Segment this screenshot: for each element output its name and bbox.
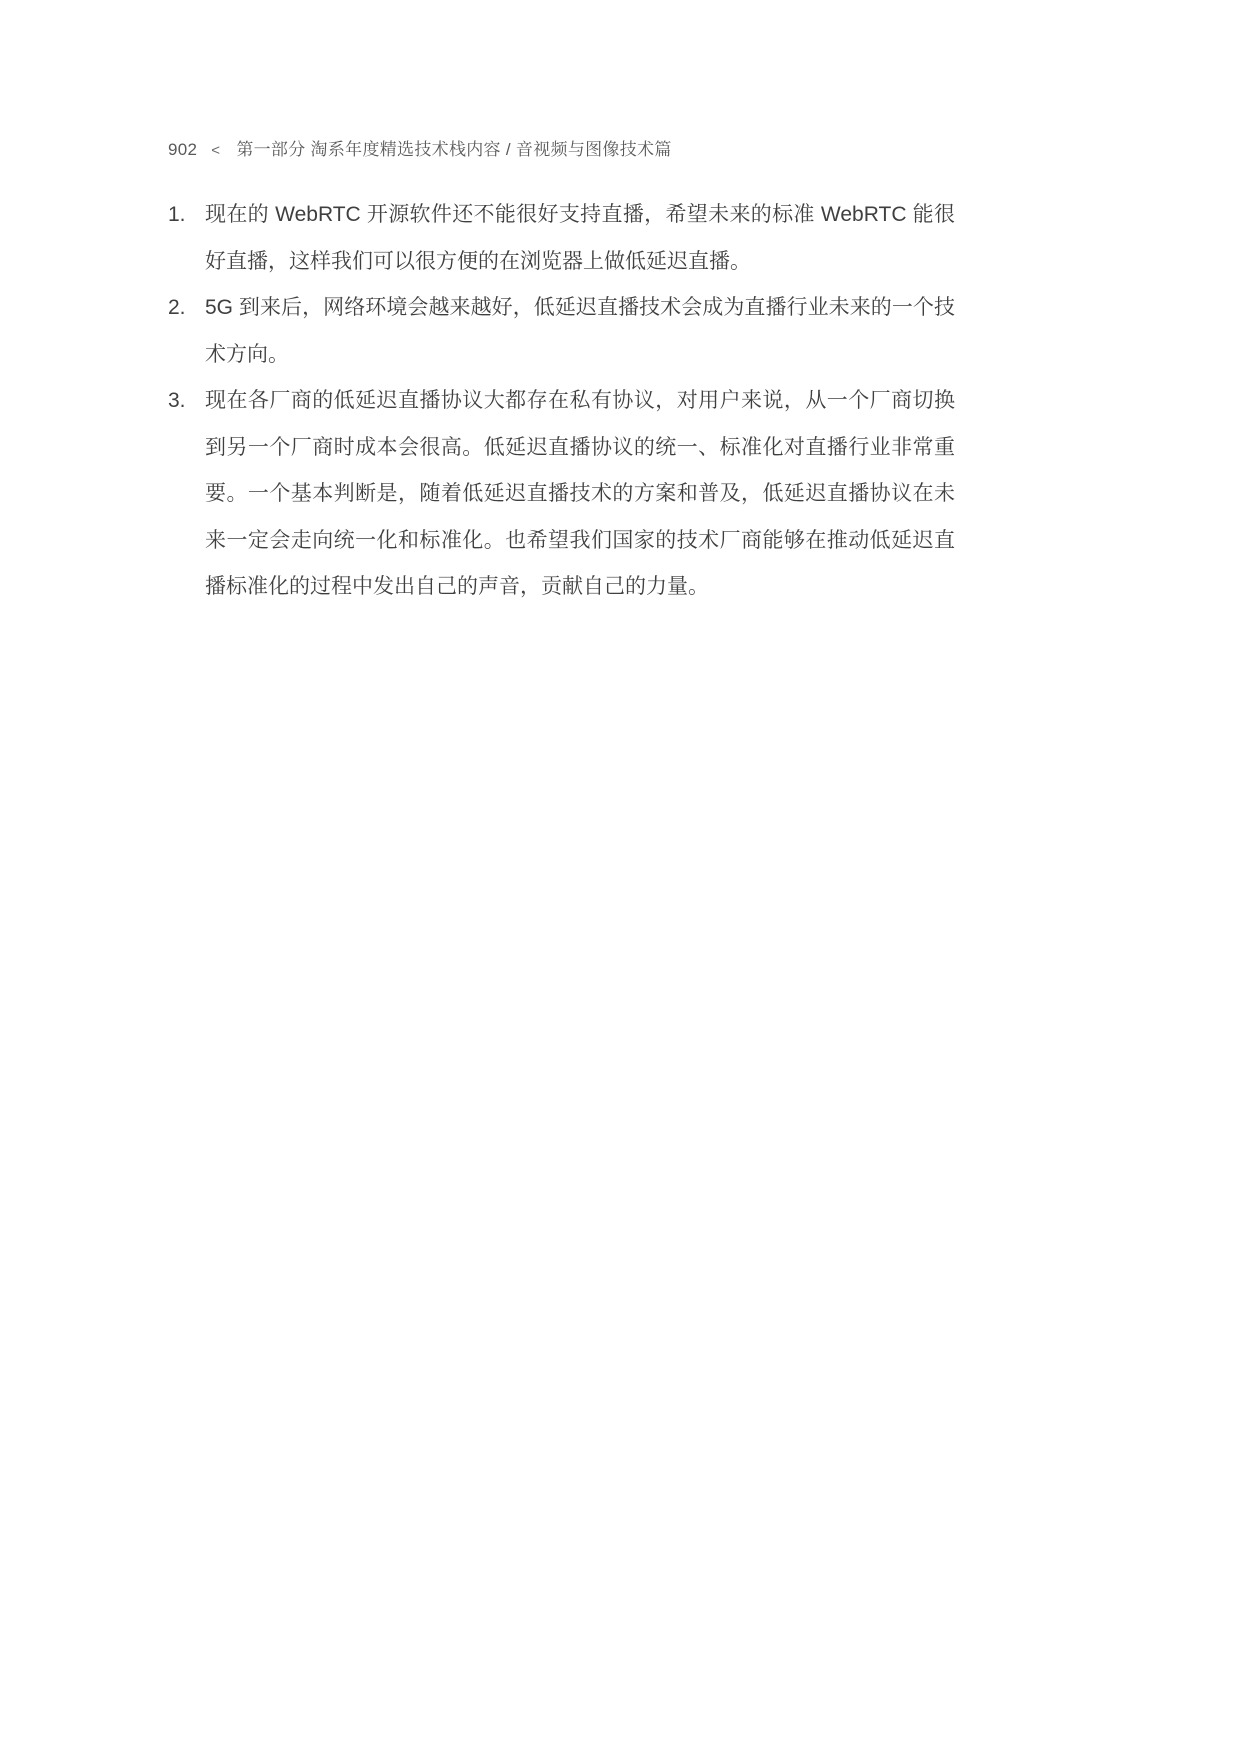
list-item-number: 2. bbox=[168, 285, 205, 332]
numbered-list: 1. 现在的 WebRTC 开源软件还不能很好支持直播，希望未来的标准 WebR… bbox=[168, 192, 958, 611]
breadcrumb: 第一部分 淘系年度精选技术栈内容 / 音视频与图像技术篇 bbox=[236, 135, 671, 160]
list-item-number: 3. bbox=[168, 378, 205, 425]
list-item: 2. 5G 到来后，网络环境会越来越好，低延迟直播技术会成为直播行业未来的一个技… bbox=[168, 285, 958, 378]
list-item: 1. 现在的 WebRTC 开源软件还不能很好支持直播，希望未来的标准 WebR… bbox=[168, 192, 958, 285]
list-item-text: 现在各厂商的低延迟直播协议大都存在私有协议，对用户来说，从一个厂商切换到另一个厂… bbox=[205, 378, 955, 611]
page-number: 902 bbox=[168, 140, 197, 160]
list-item-text: 5G 到来后，网络环境会越来越好，低延迟直播技术会成为直播行业未来的一个技术方向… bbox=[205, 285, 955, 378]
header-separator: < bbox=[211, 142, 220, 159]
list-item-text: 现在的 WebRTC 开源软件还不能很好支持直播，希望未来的标准 WebRTC … bbox=[205, 192, 955, 285]
list-item-number: 1. bbox=[168, 192, 205, 239]
list-item: 3. 现在各厂商的低延迟直播协议大都存在私有协议，对用户来说，从一个厂商切换到另… bbox=[168, 378, 958, 611]
running-header: 902 < 第一部分 淘系年度精选技术栈内容 / 音视频与图像技术篇 bbox=[168, 135, 672, 160]
document-page: 902 < 第一部分 淘系年度精选技术栈内容 / 音视频与图像技术篇 1. 现在… bbox=[0, 0, 1240, 1755]
